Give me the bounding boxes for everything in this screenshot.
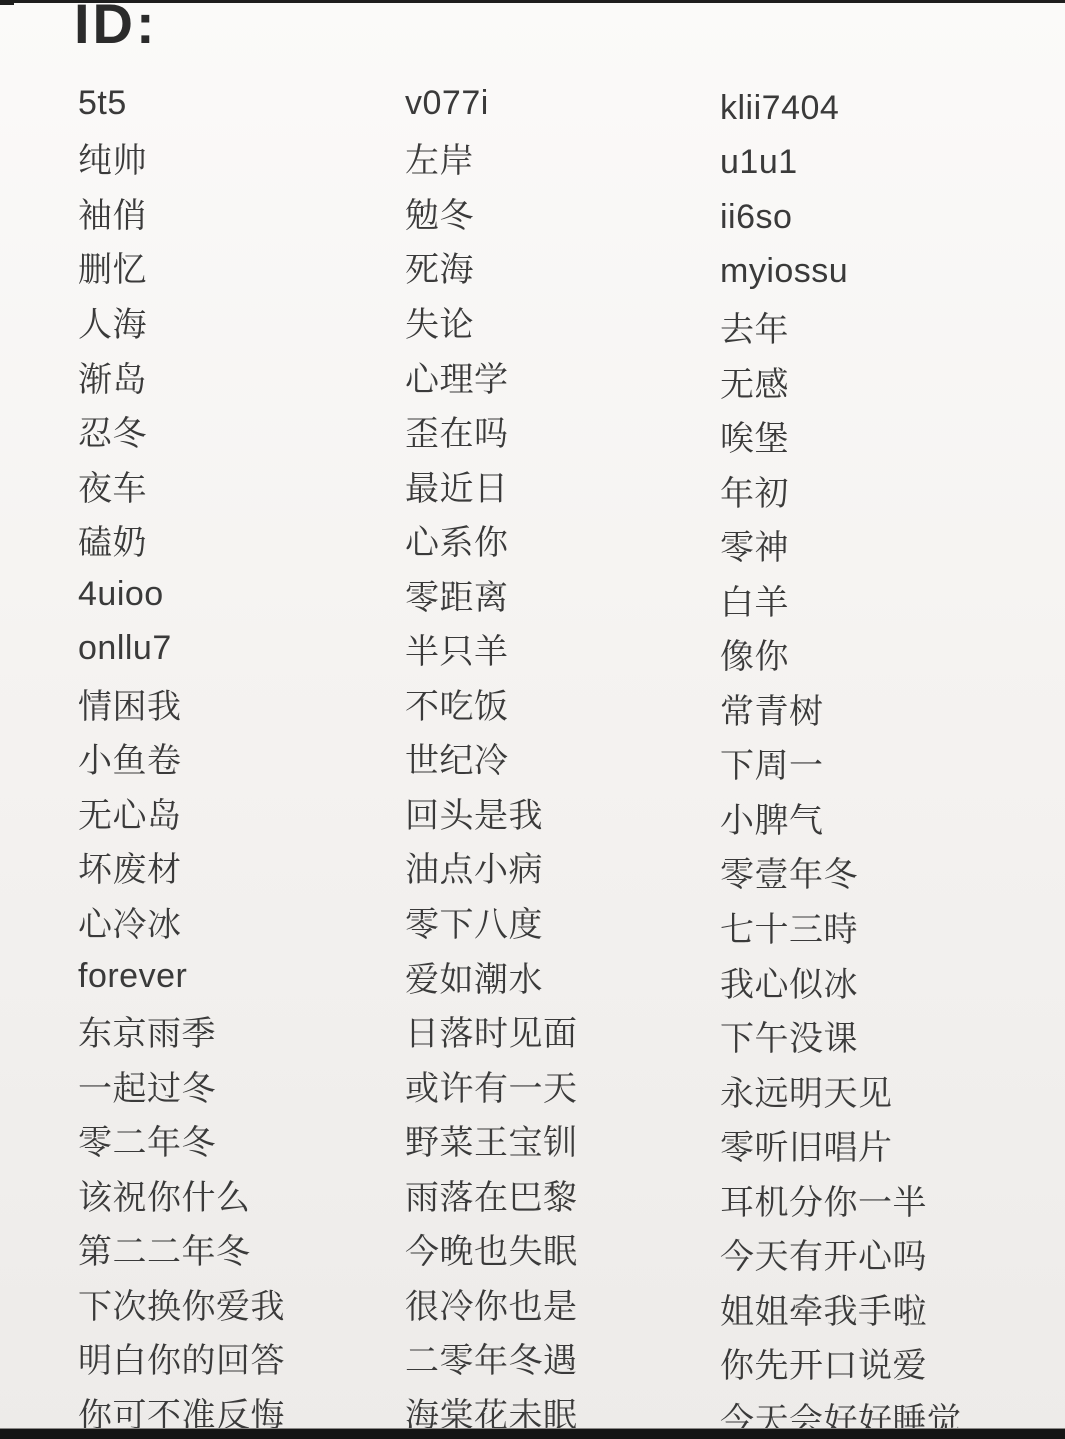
id-list-item: 日落时见面 xyxy=(405,1003,720,1058)
id-list-item: u1u1 xyxy=(720,136,1065,191)
id-list-item: 心理学 xyxy=(405,349,720,404)
id-list-item: 雨落在巴黎 xyxy=(405,1167,720,1222)
id-column-1: 5t5纯帅袖俏删忆人海渐岛忍冬夜车磕奶4uiooonllu7情困我小鱼卷无心岛坏… xyxy=(78,76,405,1439)
id-list-item: 4uioo xyxy=(78,567,405,622)
id-list-item: 第二二年冬 xyxy=(78,1221,405,1276)
id-list-item: 零听旧唱片 xyxy=(720,1117,1065,1172)
id-list-item: 你先开口说爱 xyxy=(720,1336,1065,1391)
id-list-item: forever xyxy=(78,949,405,1004)
id-list-item: 爱如潮水 xyxy=(405,949,720,1004)
id-list-page: { "page": { "title": "ID:" }, "columns":… xyxy=(0,0,1065,1439)
id-list-item: 小鱼卷 xyxy=(78,731,405,786)
id-list-item: 二零年冬遇 xyxy=(405,1331,720,1386)
id-list-item: 一起过冬 xyxy=(78,1058,405,1113)
id-list-item: 坏废材 xyxy=(78,840,405,895)
id-list-item: 很冷你也是 xyxy=(405,1276,720,1331)
id-list-item: onllu7 xyxy=(78,621,405,676)
id-column-2: v077i左岸勉冬死海失论心理学歪在吗最近日心系你零距离半只羊不吃饭世纪冷回头是… xyxy=(405,76,720,1439)
id-list-item: 下周一 xyxy=(720,736,1065,791)
id-list-item: 纯帅 xyxy=(78,131,405,186)
id-list-item: 忍冬 xyxy=(78,403,405,458)
id-list-item: 删忆 xyxy=(78,240,405,295)
id-list-item: 失论 xyxy=(405,294,720,349)
id-column-3: klii7404u1u1ii6somyiossu去年无感唉堡年初零神白羊像你常青… xyxy=(720,76,1065,1439)
id-list-item: 零二年冬 xyxy=(78,1112,405,1167)
id-list-item: 姐姐牵我手啦 xyxy=(720,1281,1065,1336)
id-list-item: 或许有一天 xyxy=(405,1058,720,1113)
id-list-item: 夜车 xyxy=(78,458,405,513)
id-list-item: 油点小病 xyxy=(405,840,720,895)
id-list-item: 下午没课 xyxy=(720,1008,1065,1063)
id-list-item: 常青树 xyxy=(720,681,1065,736)
id-list-item: 零下八度 xyxy=(405,894,720,949)
id-columns: 5t5纯帅袖俏删忆人海渐岛忍冬夜车磕奶4uiooonllu7情困我小鱼卷无心岛坏… xyxy=(0,76,1065,1439)
id-list-item: 无心岛 xyxy=(78,785,405,840)
id-list-item: 歪在吗 xyxy=(405,403,720,458)
id-list-item: 最近日 xyxy=(405,458,720,513)
id-list-item: 磕奶 xyxy=(78,512,405,567)
id-list-item: 心冷冰 xyxy=(78,894,405,949)
id-list-item: 唉堡 xyxy=(720,408,1065,463)
id-list-item: 无感 xyxy=(720,354,1065,409)
id-list-item: 去年 xyxy=(720,299,1065,354)
id-list-item: 袖俏 xyxy=(78,185,405,240)
id-list-item: 今晚也失眠 xyxy=(405,1221,720,1276)
id-list-item: 永远明天见 xyxy=(720,1063,1065,1118)
id-list-item: 勉冬 xyxy=(405,185,720,240)
id-list-item: 该祝你什么 xyxy=(78,1167,405,1222)
id-list-item: 死海 xyxy=(405,240,720,295)
id-list-item: 七十三時 xyxy=(720,899,1065,954)
id-list-item: 心系你 xyxy=(405,512,720,567)
id-list-item: 渐岛 xyxy=(78,349,405,404)
id-list-item: 白羊 xyxy=(720,572,1065,627)
top-edge-line xyxy=(0,0,1065,3)
id-list-item: ii6so xyxy=(720,190,1065,245)
id-list-item: 今天有开心吗 xyxy=(720,1226,1065,1281)
id-list-item: 情困我 xyxy=(78,676,405,731)
id-list-item: 下次换你爱我 xyxy=(78,1276,405,1331)
page-title: ID: xyxy=(74,0,158,52)
id-list-item: 半只羊 xyxy=(405,621,720,676)
id-list-item: 明白你的回答 xyxy=(78,1331,405,1386)
id-list-item: 零神 xyxy=(720,517,1065,572)
id-list-item: 世纪冷 xyxy=(405,731,720,786)
id-list-item: 东京雨季 xyxy=(78,1003,405,1058)
id-list-item: klii7404 xyxy=(720,81,1065,136)
id-list-item: 零距离 xyxy=(405,567,720,622)
id-list-item: 像你 xyxy=(720,626,1065,681)
id-list-item: 不吃饭 xyxy=(405,676,720,731)
id-list-item: 年初 xyxy=(720,463,1065,518)
id-list-item: 小脾气 xyxy=(720,790,1065,845)
id-list-item: myiossu xyxy=(720,245,1065,300)
id-list-item: 回头是我 xyxy=(405,785,720,840)
id-list-item: 我心似冰 xyxy=(720,954,1065,1009)
bottom-edge-bar xyxy=(0,1429,1065,1439)
id-list-item: 耳机分你一半 xyxy=(720,1172,1065,1227)
id-list-item: 人海 xyxy=(78,294,405,349)
id-list-item: 5t5 xyxy=(78,76,405,131)
id-list-item: 零壹年冬 xyxy=(720,845,1065,900)
id-list-item: 左岸 xyxy=(405,131,720,186)
id-list-item: v077i xyxy=(405,76,720,131)
id-list-item: 野菜王宝钏 xyxy=(405,1112,720,1167)
